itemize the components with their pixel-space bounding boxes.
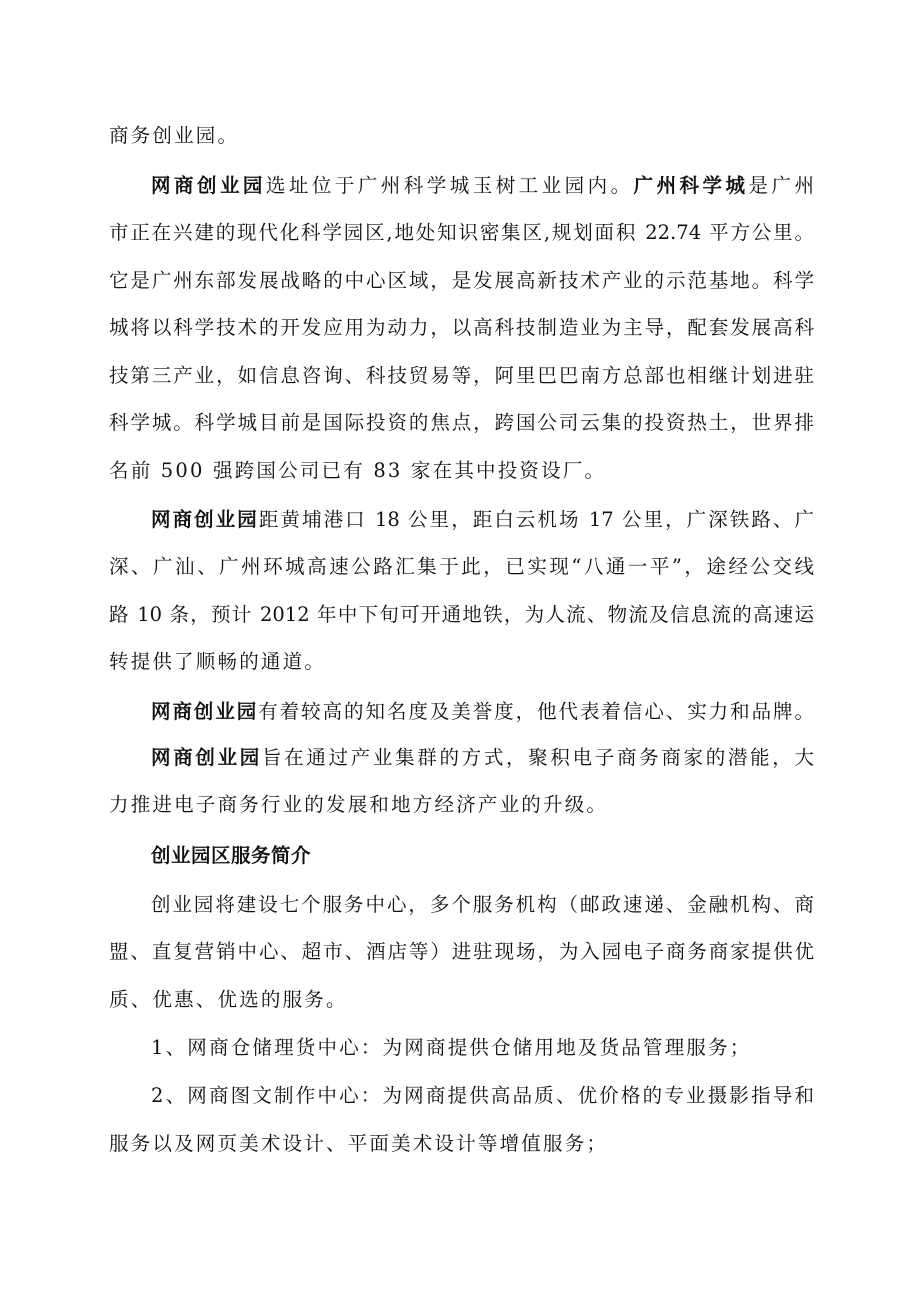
text: 它是广州东部发展战略的中心区域，是发展高新技术产业的示范基地。科学 xyxy=(109,269,814,292)
text: 有着较高的知名度及美誉度，他代表着信心、实力和品牌。 xyxy=(258,700,814,723)
text: 深、广汕、广州环城高速公路汇集于此，已实现“八通一平”，途经公交线 xyxy=(109,555,814,578)
heading-text: 创业园区服务简介 xyxy=(151,844,311,867)
bold-term: 网商创业园 xyxy=(151,508,259,531)
text: 服务以及网页美术设计、平面美术设计等增值服务； xyxy=(109,1132,608,1155)
paragraph-line: 技第三产业，如信息咨询、科技贸易等，阿里巴巴南方总部也相继计划进驻 xyxy=(109,362,814,390)
text: 科学城。科学城目前是国际投资的焦点，跨国公司云集的投资热土，世界排 xyxy=(109,411,814,434)
paragraph-line: 盟、直复营销中心、超市、酒店等）进驻现场，为入园电子商务商家提供优 xyxy=(109,938,814,966)
paragraph-line: 市正在兴建的现代化科学园区,地处知识密集区,规划面积 22.74 平方公里。 xyxy=(109,219,814,247)
paragraph-line: 深、广汕、广州环城高速公路汇集于此，已实现“八通一平”，途经公交线 xyxy=(109,553,814,581)
paragraph-line: 创业园将建设七个服务中心，多个服务机构（邮政速递、金融机构、商 xyxy=(151,891,814,919)
text: 力推进电子商务行业的发展和地方经济产业的升级。 xyxy=(109,793,608,816)
paragraph-line: 网商创业园旨在通过产业集群的方式，聚积电子商务商家的潜能，大 xyxy=(151,744,814,772)
paragraph-line: 服务以及网页美术设计、平面美术设计等增值服务； xyxy=(109,1130,814,1158)
text: 市正在兴建的现代化科学园区,地处知识密集区,规划面积 22.74 平方公里。 xyxy=(109,221,814,244)
text: 创业园将建设七个服务中心，多个服务机构（邮政速递、金融机构、商 xyxy=(151,893,814,916)
document-page: 商务创业园。 网商创业园选址位于广州科学城玉树工业园内。广州科学城是广州 市正在… xyxy=(0,0,920,1302)
text: 距黄埔港口 18 公里，距白云机场 17 公里，广深铁路、广 xyxy=(259,508,814,531)
text: 质、优惠、优选的服务。 xyxy=(109,988,348,1011)
text: 名前 500 强跨国公司已有 83 家在其中投资设厂。 xyxy=(109,459,606,482)
bold-term: 网商创业园 xyxy=(151,174,266,197)
paragraph-line: 名前 500 强跨国公司已有 83 家在其中投资设厂。 xyxy=(109,457,814,485)
paragraph-line: 力推进电子商务行业的发展和地方经济产业的升级。 xyxy=(109,791,814,819)
paragraph-line: 网商创业园有着较高的知名度及美誉度，他代表着信心、实力和品牌。 xyxy=(151,698,814,726)
text: 城将以科学技术的开发应用为动力，以高科技制造业为主导，配套发展高科 xyxy=(109,316,814,339)
paragraph-line: 网商创业园距黄埔港口 18 公里，距白云机场 17 公里，广深铁路、广 xyxy=(151,506,814,534)
text: 选址位于广州科学城玉树工业园内。 xyxy=(266,174,634,197)
paragraph-line: 网商创业园选址位于广州科学城玉树工业园内。广州科学城是广州 xyxy=(151,172,814,200)
text: 路 10 条，预计 2012 年中下旬可开通地铁，为人流、物流及信息流的高速运 xyxy=(109,603,814,626)
section-heading: 创业园区服务简介 xyxy=(151,842,814,870)
paragraph-line: 转提供了顺畅的通道。 xyxy=(109,648,814,676)
text: 商务创业园。 xyxy=(109,124,239,147)
paragraph-line: 城将以科学技术的开发应用为动力，以高科技制造业为主导，配套发展高科 xyxy=(109,314,814,342)
text: 技第三产业，如信息咨询、科技贸易等，阿里巴巴南方总部也相继计划进驻 xyxy=(109,364,814,387)
paragraph-line: 科学城。科学城目前是国际投资的焦点，跨国公司云集的投资热土，世界排 xyxy=(109,409,814,437)
text: 转提供了顺畅的通道。 xyxy=(109,650,326,673)
text: 2、网商图文制作中心：为网商提供高品质、优价格的专业摄影指导和 xyxy=(151,1084,814,1107)
text: 旨在通过产业集群的方式，聚积电子商务商家的潜能，大 xyxy=(262,746,814,769)
list-item: 1、网商仓储理货中心：为网商提供仓储用地及货品管理服务； xyxy=(151,1034,814,1062)
paragraph-line: 路 10 条，预计 2012 年中下旬可开通地铁，为人流、物流及信息流的高速运 xyxy=(109,601,814,629)
text: 是广州 xyxy=(749,174,814,197)
list-item: 2、网商图文制作中心：为网商提供高品质、优价格的专业摄影指导和 xyxy=(151,1082,814,1110)
bold-term: 网商创业园 xyxy=(151,700,258,723)
text: 盟、直复营销中心、超市、酒店等）进驻现场，为入园电子商务商家提供优 xyxy=(109,940,814,963)
paragraph-line: 商务创业园。 xyxy=(109,122,814,150)
text: 1、网商仓储理货中心：为网商提供仓储用地及货品管理服务； xyxy=(151,1036,752,1059)
paragraph-line: 它是广州东部发展战略的中心区域，是发展高新技术产业的示范基地。科学 xyxy=(109,267,814,295)
bold-term: 广州科学城 xyxy=(634,174,749,197)
paragraph-line: 质、优惠、优选的服务。 xyxy=(109,986,814,1014)
bold-term: 网商创业园 xyxy=(151,746,262,769)
